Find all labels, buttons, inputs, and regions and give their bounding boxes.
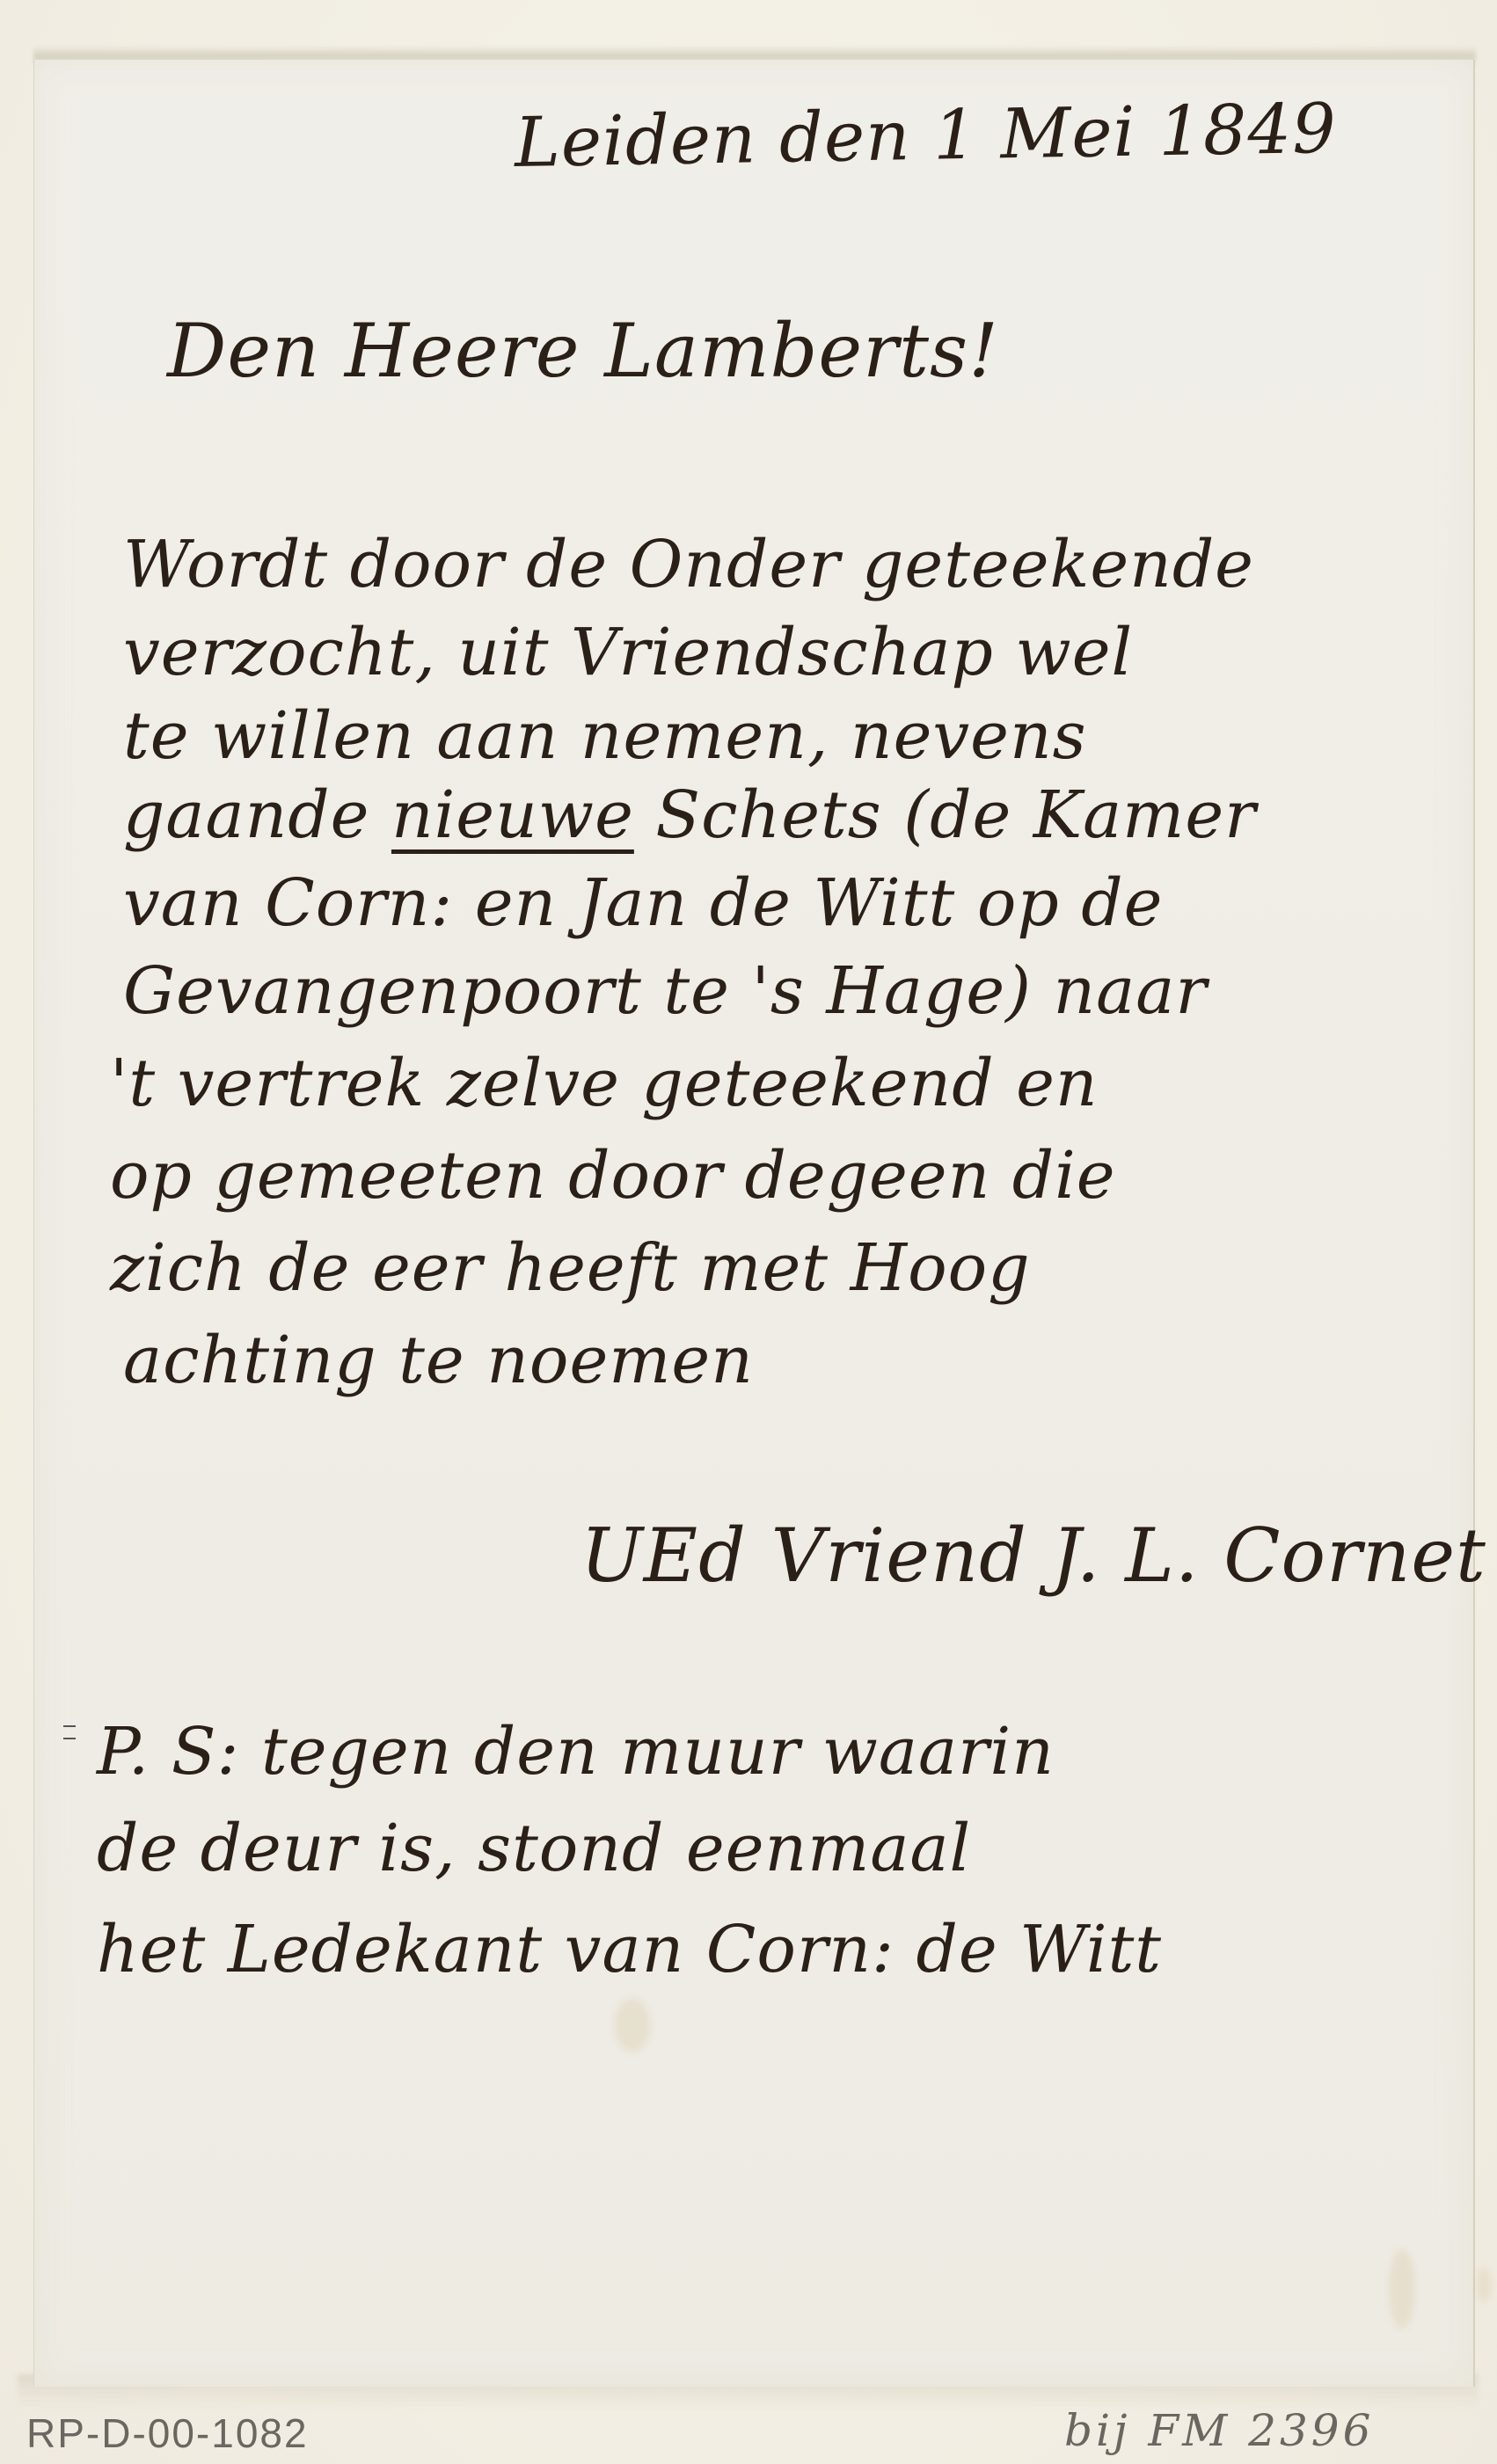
foxing-stain [1477, 2267, 1491, 2302]
inventory-number: RP-D-00-1082 [26, 2409, 309, 2457]
margin-pencil-mark [63, 1725, 76, 1739]
body-line-9: zich de eer heeft met Hoog [110, 1236, 1031, 1301]
body-line-5: van Corn: en Jan de Witt op de [123, 871, 1163, 936]
body-line-4: gaande nieuwe Schets (de Kamer [123, 783, 1257, 848]
signature: UEd Vriend J. L. Cornet [581, 1513, 1486, 1599]
body-line-8: op gemeeten door degeen die [110, 1143, 1116, 1208]
body-line-1: Wordt door de Onder geteekende [123, 532, 1254, 597]
salutation: Den Heere Lamberts! [167, 308, 999, 394]
body-line-7: 't vertrek zelve geteekend en [110, 1051, 1099, 1116]
body-line-3: te willen aan nemen, nevens [123, 703, 1087, 769]
postscript-line-3: het Ledekant van Corn: de Witt [97, 1917, 1162, 1982]
foxing-stain [615, 1999, 650, 2052]
body-line-10: achting te noemen [123, 1328, 754, 1393]
foxing-stain [1389, 2249, 1415, 2329]
body-line-2: verzocht, uit Vriendschap wel [123, 620, 1133, 685]
underlined-word: nieuwe [391, 777, 634, 853]
body-line-4-part-b: Schets (de Kamer [634, 777, 1257, 853]
postscript-line-2: de deur is, stond eenmaal [97, 1816, 971, 1881]
reference-note: bij FM 2396 [1064, 2405, 1374, 2456]
place-date: Leiden den 1 Mei 1849 [514, 90, 1337, 183]
body-line-6: Gevangenpoort te 's Hage) naar [123, 959, 1208, 1024]
body-line-4-part-a: gaande [123, 777, 391, 853]
postscript-line-1: P. S: tegen den muur waarin [97, 1719, 1055, 1784]
letter-sheet [33, 60, 1475, 2387]
